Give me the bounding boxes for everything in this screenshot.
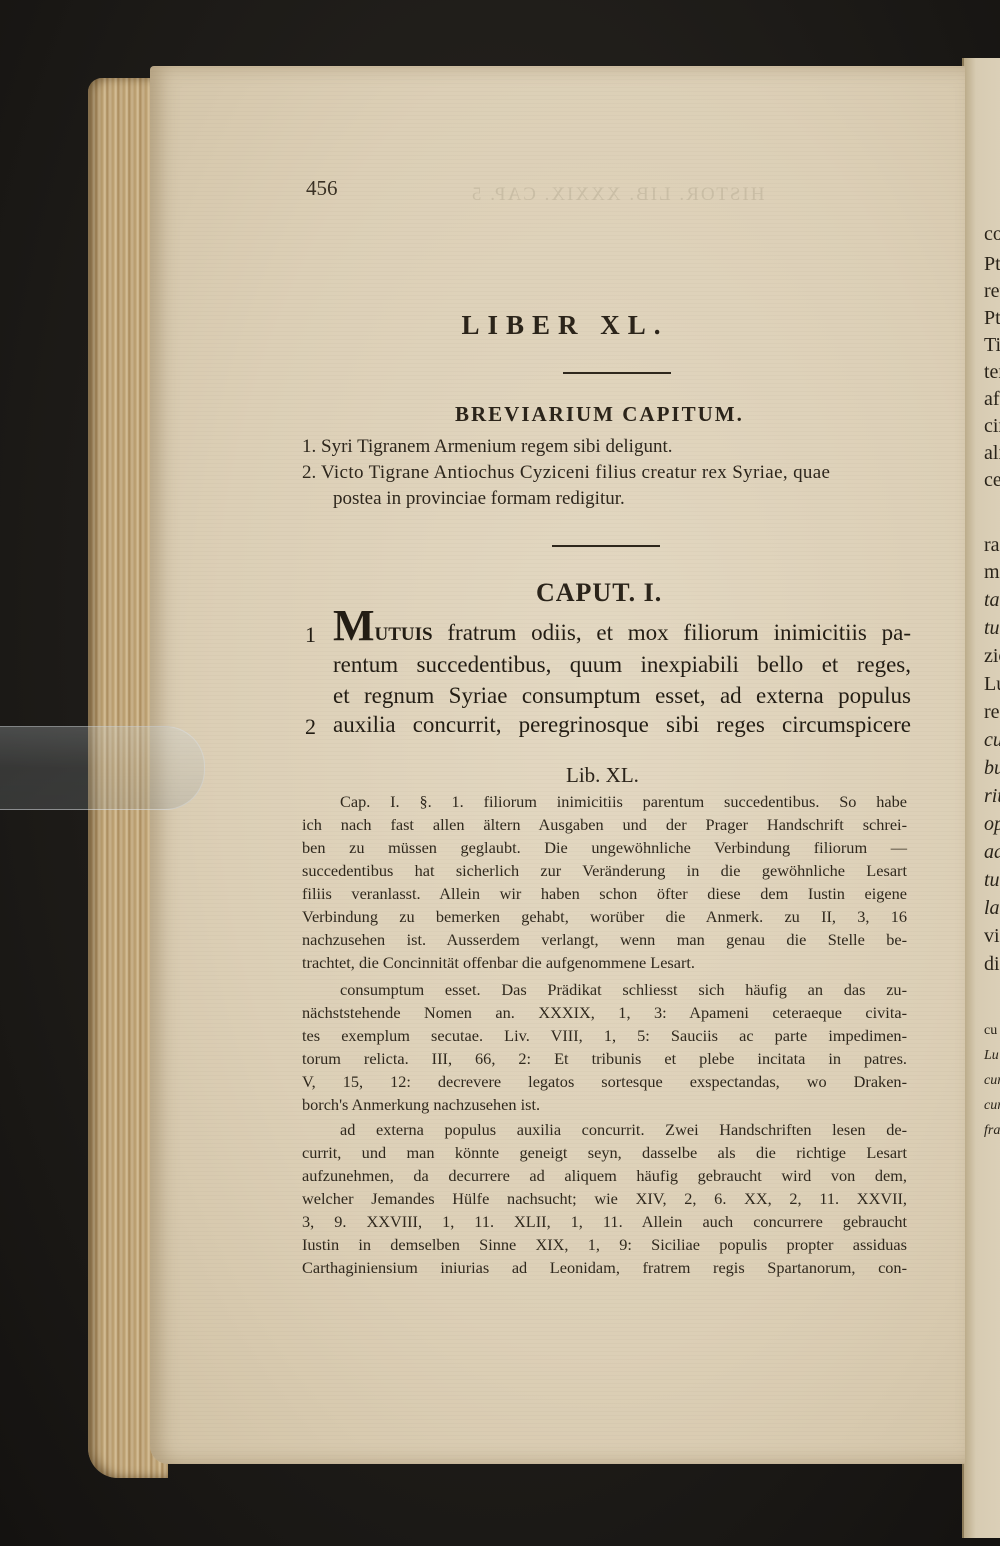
item-text: Victo Tigrane Antiochus Cyziceni filius … — [321, 462, 830, 483]
facing-page-text-fragment: reg — [984, 701, 1000, 724]
note-line: consumptum esset. Das Prädikat schliesst… — [340, 980, 907, 1000]
facing-page-text-fragment: ra — [984, 534, 1000, 557]
facing-page-text-fragment: cu — [984, 1023, 997, 1039]
facing-page-text-fragment: ter — [984, 361, 1000, 384]
bleedthrough-running-head: HISTOR. LIB. XXXIX. CAP. 5 — [470, 184, 764, 206]
item-number: 1. — [302, 436, 316, 457]
facing-page-text-fragment: op — [984, 813, 1000, 836]
facing-page-text-fragment: ce — [984, 469, 1000, 492]
note-line: filiis veranlasst. Allein wir haben scho… — [302, 884, 907, 904]
page-number: 456 — [306, 176, 338, 201]
note-line: nächststehende Nomen an. XXXIX, 1, 3: Ap… — [302, 1003, 907, 1023]
section-number: 1 — [305, 622, 316, 648]
note-line: ad externa populus auxilia concurrit. Zw… — [340, 1120, 907, 1140]
item-number: 2. — [302, 462, 316, 483]
chapter-heading: CAPUT. I. — [536, 578, 662, 608]
note-line: aufzunehmen, da decurrere ad aliquem häu… — [302, 1166, 907, 1186]
facing-page-text-fragment: vi — [984, 925, 1000, 948]
chapter-text-line: rentum succedentibus, quum inexpiabili b… — [333, 652, 911, 678]
chapter-text-line: MUTUIS fratrum odiis, et mox filiorum in… — [333, 620, 911, 646]
note-line: currit, und man könnte geneigt seyn, das… — [302, 1143, 907, 1163]
facing-page-text-fragment: Pt — [984, 253, 1000, 276]
divider-rule — [552, 545, 660, 547]
chapter-text-line: et regnum Syriae consumptum esset, ad ex… — [333, 683, 911, 709]
facing-page-text-fragment: mi — [984, 561, 1000, 584]
section-number: 2 — [305, 714, 316, 740]
facing-page-text-fragment: co — [984, 223, 1000, 246]
divider-rule — [563, 372, 671, 374]
note-line: welcher Jemandes Hülfe nachsucht; wie XI… — [302, 1189, 907, 1209]
note-line: Cap. I. §. 1. filiorum inimicitiis paren… — [340, 792, 907, 812]
note-line: 3, 9. XXVIII, 1, 11. XLII, 1, 11. Allein… — [302, 1212, 907, 1232]
note-line: ich nach fast allen ältern Ausgaben und … — [302, 815, 907, 835]
breviarium-item: 1. Syri Tigranem Armenium regem sibi del… — [302, 436, 672, 458]
note-line: V, 15, 12: decrevere legatos sortesque e… — [302, 1072, 907, 1092]
facing-page-text-fragment: aa — [984, 841, 1000, 864]
facing-page-text-fragment: fra — [984, 1123, 1000, 1139]
note-line: succedentibus hat sicherlich zur Verände… — [302, 861, 907, 881]
book-title: LIBER XL. — [0, 310, 1000, 341]
note-line: trachtet, die Concinnität offenbar die a… — [302, 953, 907, 973]
note-line: nachzusehen ist. Ausserdem verlangt, wen… — [302, 930, 907, 950]
note-line: ben zu müssen geglaubt. Die ungewöhnlich… — [302, 838, 907, 858]
facing-page-text-fragment: tu — [984, 869, 1000, 892]
notes-header: Lib. XL. — [566, 763, 639, 788]
facing-page-text-fragment: la — [984, 897, 1000, 920]
line-text: fratrum odiis, et mox filiorum inimiciti… — [433, 620, 911, 645]
drop-cap: M — [333, 601, 375, 650]
note-line: Iustin in demselben Sinne XIX, 1, 9: Sic… — [302, 1235, 907, 1255]
note-line: tes exemplum secutae. Liv. VIII, 1, 5: S… — [302, 1026, 907, 1046]
breviarium-item-continuation: postea in provinciae formam redigitur. — [333, 488, 625, 510]
item-text: postea in provinciae formam redigitur. — [333, 488, 625, 509]
facing-page-text-fragment: Lu — [984, 673, 1000, 696]
facing-page-text-fragment: tu — [984, 617, 1000, 640]
facing-page-text-fragment: dis — [984, 953, 1000, 976]
facing-page-text-fragment: zio — [984, 645, 1000, 668]
breviarium-heading: BREVIARIUM CAPITUM. — [455, 402, 744, 427]
note-line: borch's Anmerkung nachzusehen ist. — [302, 1095, 907, 1115]
note-line: torum relicta. III, 66, 2: Et tribunis e… — [302, 1049, 907, 1069]
note-line: Carthaginiensium iniurias ad Leonidam, f… — [302, 1258, 907, 1278]
facing-page-text-fragment: cur — [984, 1073, 1000, 1089]
facing-page-text-fragment: aff — [984, 388, 1000, 411]
facing-page-text-fragment: ret — [984, 280, 1000, 303]
first-word: UTUIS — [375, 624, 433, 645]
chapter-text-line: auxilia concurrit, peregrinosque sibi re… — [333, 712, 911, 738]
note-line: Verbindung zu bemerken gehabt, worüber d… — [302, 907, 907, 927]
facing-page-text-fragment: bu — [984, 757, 1000, 780]
facing-page-text-fragment: ta — [984, 589, 1000, 612]
transparent-page-holder — [0, 726, 205, 810]
facing-page-text-fragment: cir — [984, 415, 1000, 438]
facing-page-text-fragment: Lu — [984, 1048, 999, 1064]
breviarium-item: 2. Victo Tigrane Antiochus Cyziceni fili… — [302, 462, 830, 484]
facing-page-fragment: coPtretPtTiteraffciraliceramitatuzioLure… — [962, 58, 1000, 1538]
facing-page-text-fragment: rit — [984, 785, 1000, 808]
facing-page-text-fragment: cu — [984, 729, 1000, 752]
facing-page-text-fragment: ali — [984, 442, 1000, 465]
item-text: Syri Tigranem Armenium regem sibi deligu… — [321, 436, 672, 457]
facing-page-text-fragment: cur — [984, 1098, 1000, 1114]
